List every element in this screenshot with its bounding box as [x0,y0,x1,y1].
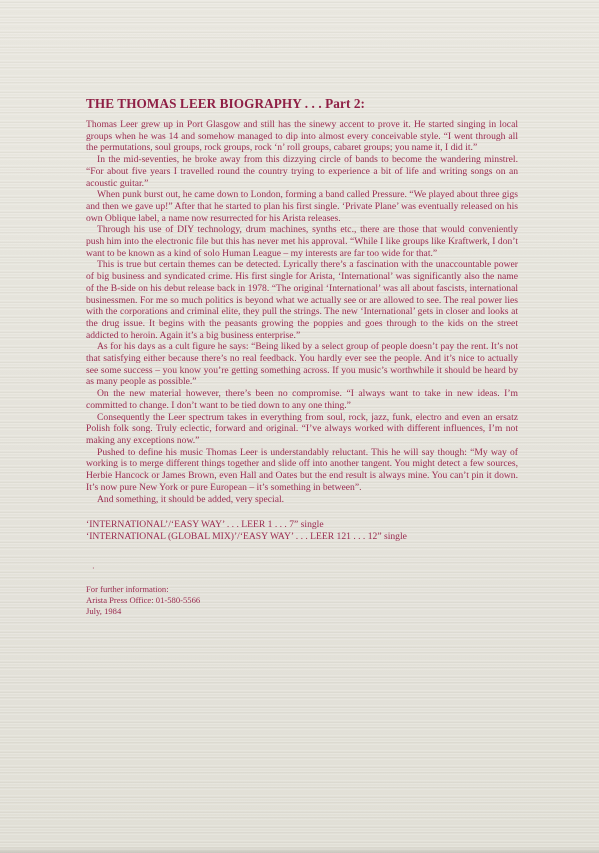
paragraph-early-life: Thomas Leer grew up in Port Glasgow and … [86,119,518,154]
release-item: ‘INTERNATIONAL (GLOBAL MIX)’/‘EASY WAY’ … [86,531,518,543]
biography-document: THE THOMAS LEER BIOGRAPHY . . . Part 2: … [86,96,518,618]
paragraph-themes: This is true but certain themes can be d… [86,259,518,341]
paragraph-technology: Through his use of DIY technology, drum … [86,224,518,259]
paper-bottom-edge [0,847,599,853]
paragraph-define-music: Pushed to define his music Thomas Leer i… [86,447,518,494]
paragraph-cult-figure: As for his days as a cult figure he says… [86,341,518,388]
paragraph-spectrum: Consequently the Leer spectrum takes in … [86,412,518,447]
contact-heading: For further information: [86,584,518,595]
paragraph-minstrel: In the mid-seventies, he broke away from… [86,154,518,189]
contact-date: July, 1984 [86,606,518,617]
paragraph-closing: And something, it should be added, very … [86,494,518,506]
release-item: ‘INTERNATIONAL’/‘EASY WAY’ . . . LEER 1 … [86,519,518,531]
contact-office: Arista Press Office: 01-580-5566 [86,595,518,606]
paragraph-punk: When punk burst out, he came down to Lon… [86,189,518,224]
contact-block: For further information: Arista Press Of… [86,584,518,618]
paragraph-new-material: On the new material however, there’s bee… [86,388,518,411]
release-list: ‘INTERNATIONAL’/‘EASY WAY’ . . . LEER 1 … [86,519,518,542]
stray-mark: · [86,565,518,573]
document-body: Thomas Leer grew up in Port Glasgow and … [86,119,518,505]
document-title: THE THOMAS LEER BIOGRAPHY . . . Part 2: [86,96,518,112]
